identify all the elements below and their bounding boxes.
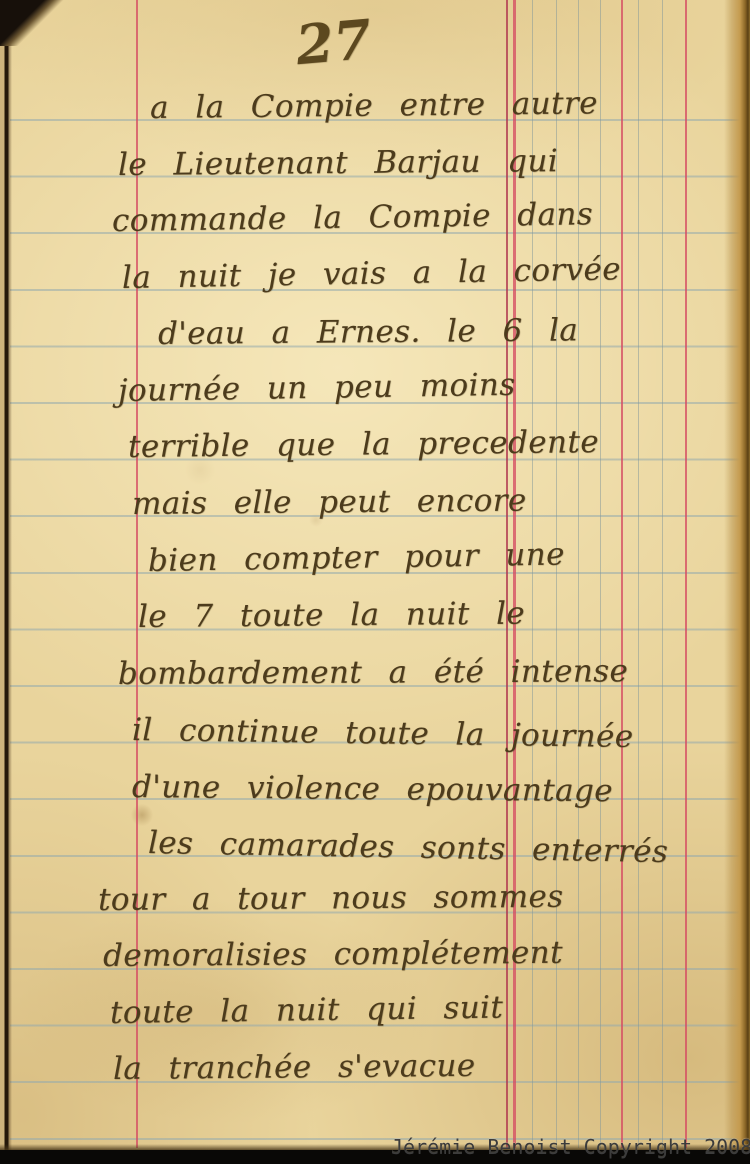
manuscript-line-2: le Lieutenant Barjau qui <box>118 138 559 188</box>
manuscript-line-4: la nuit je vais a la corvée <box>122 246 622 301</box>
manuscript-line-1: a la Compie entre autre <box>150 80 598 131</box>
column-rule-faint-6 <box>662 0 663 1148</box>
scanned-notebook-page: 27 a la Compie entre autre le Lieutenant… <box>0 0 750 1164</box>
column-rule-faint-5 <box>638 0 639 1148</box>
manuscript-line-12: il continue toute la journée <box>132 707 634 760</box>
manuscript-line-11: bombardement a été intense <box>118 648 628 697</box>
manuscript-line-15: tour a tour nous sommes <box>98 874 564 923</box>
torn-corner-top-left <box>0 0 70 46</box>
manuscript-line-14: les camarades sonts enterrés <box>148 820 669 875</box>
manuscript-line-16: demoralisies complétement <box>103 930 563 979</box>
manuscript-line-5: d'eau a Ernes. le 6 la <box>158 307 579 357</box>
manuscript-line-8: mais elle peut encore <box>132 478 527 527</box>
page-number: 27 <box>293 7 373 77</box>
copyright-watermark: Jérémie Benoist Copyright 2008 <box>391 1135 750 1159</box>
manuscript-line-3: commande la Compie dans <box>112 191 594 244</box>
manuscript-line-9: bien compter pour une <box>148 531 566 584</box>
manuscript-line-17: toute la nuit qui suit <box>110 985 504 1036</box>
manuscript-line-7: terrible que la precedente <box>128 419 599 470</box>
column-rule-faint-4 <box>600 0 601 1148</box>
manuscript-line-6: journée un peu moins <box>118 362 516 414</box>
binding-edge <box>0 0 12 1150</box>
manuscript-line-13: d'une violence epouvantage <box>132 764 613 814</box>
column-rule-faint-3 <box>578 0 579 1148</box>
column-rule-red-3 <box>685 0 687 1148</box>
manuscript-line-10: le 7 toute la nuit le <box>138 591 525 640</box>
page-edge-right <box>724 0 750 1150</box>
column-rule-red-2 <box>621 0 623 1148</box>
manuscript-line-18: la tranchée s'evacue <box>113 1043 476 1092</box>
